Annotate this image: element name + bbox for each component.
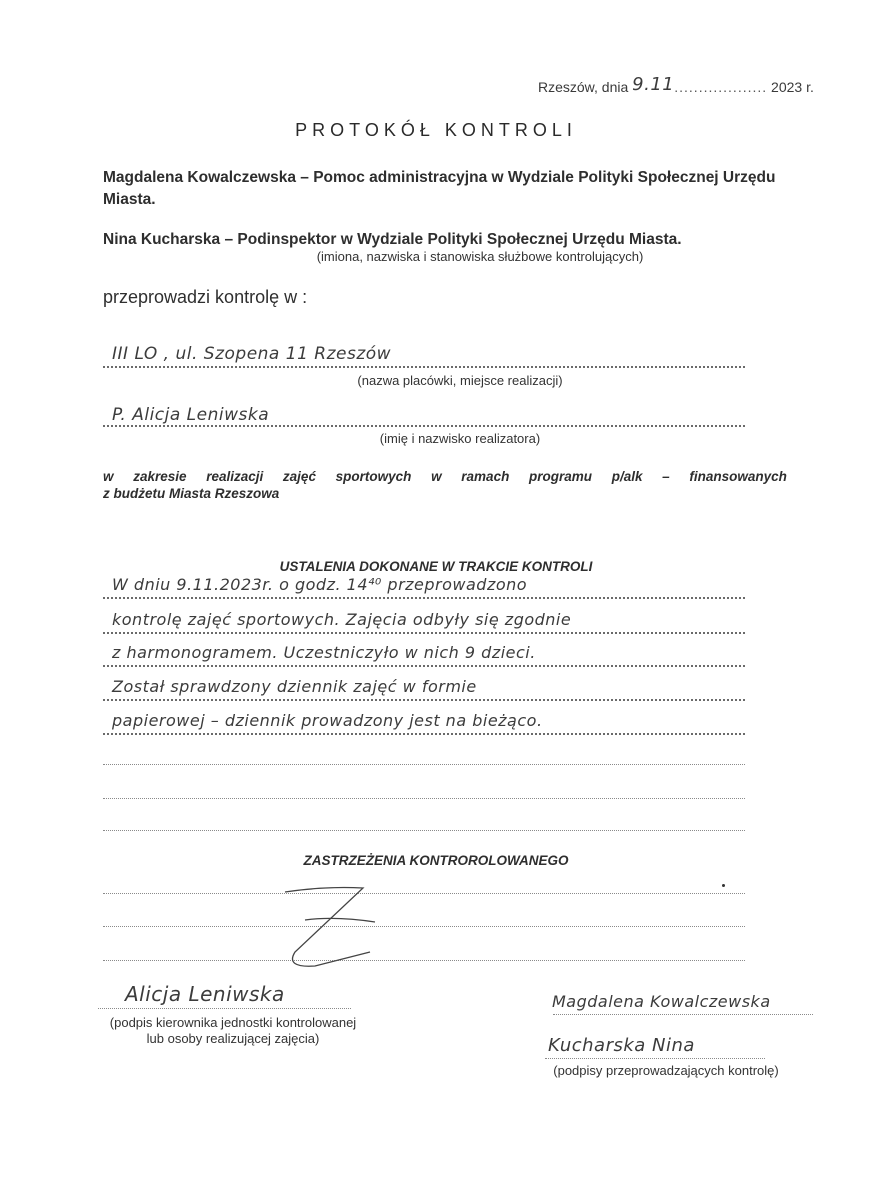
scope-word: sportowych <box>336 468 412 485</box>
scope-word: programu <box>529 468 592 485</box>
findings-dotted-line <box>103 665 745 667</box>
scope-word: realizacji <box>206 468 263 485</box>
findings-dotted-line <box>103 798 745 799</box>
signature-implementer: Alicja Leniwska <box>125 982 285 1006</box>
scope-word: zakresie <box>133 468 186 485</box>
findings-handwritten-line: Został sprawdzony dziennik zajęć w formi… <box>112 677 477 696</box>
ink-speck <box>722 884 725 887</box>
date-line: Rzeszów, dnia 9.11................... 20… <box>538 76 814 97</box>
date-year: 2023 r. <box>771 79 814 95</box>
scope-word: w <box>103 468 114 485</box>
scope-word: zajęć <box>283 468 316 485</box>
handwritten-date: 9.11 <box>632 74 674 95</box>
z-strike-mark <box>255 882 395 972</box>
date-dots: ................... <box>674 79 767 95</box>
intro-text: przeprowadzi kontrolę w : <box>103 287 307 308</box>
signature-left-line <box>98 1008 351 1009</box>
findings-dotted-line <box>103 597 745 599</box>
date-city-label: Rzeszów, dnia <box>538 79 628 95</box>
inspectors-caption: (imiona, nazwiska i stanowiska służbowe … <box>200 249 760 264</box>
objections-dotted-line <box>103 960 745 961</box>
findings-dotted-line <box>103 699 745 701</box>
signature-left-caption-line-2: lub osoby realizującej zajęcia) <box>88 1031 378 1047</box>
findings-handwritten-line: W dniu 9.11.2023r. o godz. 14⁴⁰ przeprow… <box>112 575 527 594</box>
scope-line-2: z budżetu Miasta Rzeszowa <box>103 485 787 502</box>
findings-handwritten-line: kontrolę zajęć sportowych. Zajęcia odbył… <box>112 610 571 629</box>
implementer-handwritten: P. Alicja Leniwska <box>112 405 269 425</box>
scope-word: finansowanych <box>689 468 787 485</box>
inspector-1: Magdalena Kowalczewska – Pomoc administr… <box>103 167 803 211</box>
objections-heading: ZASTRZEŻENIA KONTROROLOWANEGO <box>0 853 872 868</box>
findings-heading: USTALENIA DOKONANE W TRAKCIE KONTROLI <box>0 559 872 574</box>
place-dotted-line <box>103 366 745 368</box>
scope-word: – <box>662 468 670 485</box>
signature-inspector-2: Kucharska Nina <box>548 1035 695 1056</box>
findings-dotted-line <box>103 733 745 735</box>
signature-right-line-2 <box>545 1058 765 1059</box>
signature-left-caption: (podpis kierownika jednostki kontrolowan… <box>88 1015 378 1047</box>
findings-handwritten-line: z harmonogramem. Uczestniczyło w nich 9 … <box>112 643 536 662</box>
objections-dotted-line <box>103 893 745 894</box>
signature-left-caption-line-1: (podpis kierownika jednostki kontrolowan… <box>88 1015 378 1031</box>
implementer-caption: (imię i nazwisko realizatora) <box>250 431 670 446</box>
place-caption: (nazwa placówki, miejsce realizacji) <box>250 373 670 388</box>
signature-right-line-1 <box>553 1014 813 1015</box>
signature-right-caption: (podpisy przeprowadzających kontrolę) <box>536 1063 796 1078</box>
scope-word: ramach <box>461 468 509 485</box>
inspector-2: Nina Kucharska – Podinspektor w Wydziale… <box>103 229 803 251</box>
findings-dotted-line <box>103 632 745 634</box>
scope-paragraph: wzakresierealizacjizajęćsportowychwramac… <box>103 468 787 502</box>
findings-dotted-line <box>103 830 745 831</box>
scope-line-1: wzakresierealizacjizajęćsportowychwramac… <box>103 468 787 485</box>
scope-word: p/alk <box>612 468 643 485</box>
document-title: PROTOKÓŁ KONTROLI <box>0 120 872 141</box>
findings-handwritten-line: papierowej – dziennik prowadzony jest na… <box>112 711 543 730</box>
place-handwritten: III LO , ul. Szopena 11 Rzeszów <box>112 344 391 364</box>
findings-dotted-line <box>103 764 745 765</box>
objections-dotted-line <box>103 926 745 927</box>
signature-inspector-1: Magdalena Kowalczewska <box>552 992 771 1011</box>
scope-word: w <box>431 468 442 485</box>
implementer-dotted-line <box>103 425 745 427</box>
